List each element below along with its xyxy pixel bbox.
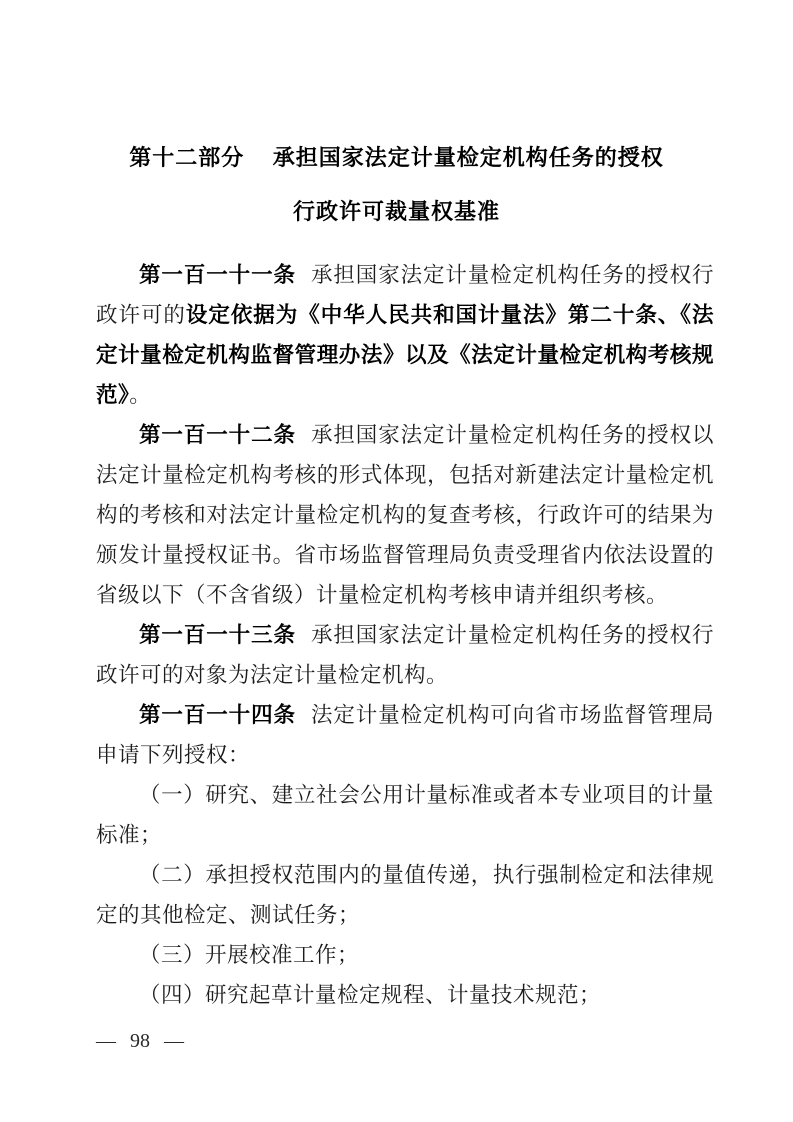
document-title-line1: 第十二部分承担国家法定计量检定机构任务的授权: [0, 131, 793, 185]
document-title: 第十二部分承担国家法定计量检定机构任务的授权 行政许可裁量权基准: [0, 131, 793, 239]
list-item-3: （三）开展校准工作；: [96, 935, 714, 975]
document-title-line2: 行政许可裁量权基准: [0, 185, 793, 239]
part-title-text: 承担国家法定计量检定机构任务的授权: [273, 145, 664, 170]
article-number: 第一百一十三条: [139, 623, 296, 647]
article-paragraph-114: 第一百一十四条法定计量检定机构可向省市场监督管理局申请下列授权：: [96, 695, 714, 775]
footer-dash-right: —: [164, 1030, 184, 1052]
page-footer: —98—: [96, 1027, 184, 1055]
article-number: 第一百一十二条: [139, 423, 296, 447]
list-item-2: （二）承担授权范围内的量值传递，执行强制检定和法律规定的其他检定、测试任务；: [96, 855, 714, 935]
article-text-segment: 。: [129, 383, 151, 407]
list-item-text: （三）开展校准工作；: [139, 943, 359, 967]
article-text: 承担国家法定计量检定机构任务的授权以法定计量检定机构考核的形式体现，包括对新建法…: [96, 423, 714, 607]
footer-dash-left: —: [96, 1030, 116, 1052]
page-number: 98: [130, 1030, 150, 1052]
document-body: 第一百一十一条承担国家法定计量检定机构任务的授权行政许可的设定依据为《中华人民共…: [96, 255, 714, 1015]
article-text-segment-bold: 设定依据为《中华人民共和国计量法》第二十条、《法定计量检定机构监督管理办法》以及…: [96, 303, 714, 407]
part-number-label: 第十二部分: [129, 145, 244, 170]
article-number: 第一百一十一条: [139, 263, 296, 287]
list-item-text: （一）研究、建立社会公用计量标准或者本专业项目的计量标准；: [96, 783, 714, 847]
article-paragraph-113: 第一百一十三条承担国家法定计量检定机构任务的授权行政许可的对象为法定计量检定机构…: [96, 615, 714, 695]
article-paragraph-112: 第一百一十二条承担国家法定计量检定机构任务的授权以法定计量检定机构考核的形式体现…: [96, 415, 714, 615]
document-page: 第十二部分承担国家法定计量检定机构任务的授权 行政许可裁量权基准 第一百一十一条…: [0, 0, 793, 1122]
list-item-text: （四）研究起草计量检定规程、计量技术规范；: [139, 983, 601, 1007]
list-item-4: （四）研究起草计量检定规程、计量技术规范；: [96, 975, 714, 1015]
article-paragraph-111: 第一百一十一条承担国家法定计量检定机构任务的授权行政许可的设定依据为《中华人民共…: [96, 255, 714, 415]
list-item-text: （二）承担授权范围内的量值传递，执行强制检定和法律规定的其他检定、测试任务；: [96, 863, 714, 927]
article-number: 第一百一十四条: [139, 703, 296, 727]
list-item-1: （一）研究、建立社会公用计量标准或者本专业项目的计量标准；: [96, 775, 714, 855]
